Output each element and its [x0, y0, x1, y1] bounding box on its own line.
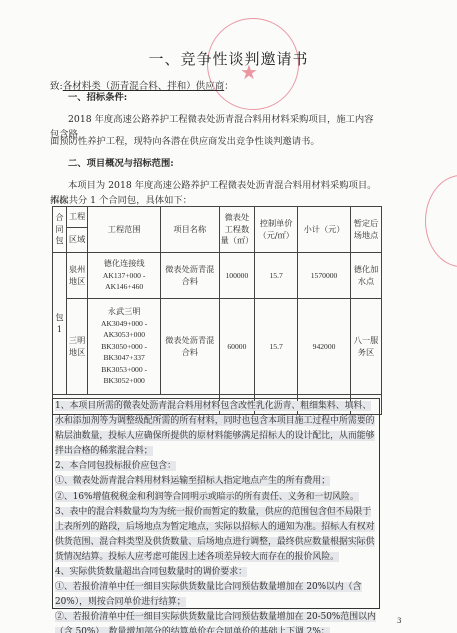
page-number: 3 [397, 617, 401, 625]
header-region: 区域 [66, 228, 87, 253]
header-item-name: 项目名称 [160, 207, 219, 253]
header-subtotal: 小计（元） [298, 207, 351, 253]
note-item: ②、若报价清单中任一细目实际供货数量比合同预估数量增加在 20-50%范围以内（… [55, 612, 376, 633]
row-region: 三明地区 [66, 299, 87, 395]
scope-line: 永武三明 [89, 306, 159, 318]
document-title: 一、竞争性谈判邀请书 [0, 48, 457, 69]
note-item: 1、本项目所需的微表处沥青混合料用材料包含改性乳化沥青、粗细集料、填料、水和添加… [55, 401, 375, 456]
header-contract-package: 合同包 [53, 207, 67, 253]
note-item: 3、表中的混合料数量均为为统一报价而暂定的数量，供应的范围包含但不局限于上表所列… [55, 507, 375, 562]
header-unit-price: 控制单价（元/㎡） [255, 207, 298, 253]
header-scope: 工程范围 [88, 207, 161, 253]
note-item: ①、若报价清单中任一细目实际供货数量比合同预估数量增加在 20%以内（含 20%… [55, 582, 362, 607]
row-unit-price: 15.7 [255, 253, 298, 299]
scope-line: BK3053+000 - [89, 364, 159, 376]
package-label: 包 1 [53, 253, 67, 395]
scope-line: AK3049+000 - [89, 318, 159, 330]
section1-body-line2: 面预防性养护工程，现特向各潜在供应商发出竞争性谈判邀请书。 [50, 134, 380, 149]
table-header-row: 合同包 工程 工程范围 项目名称 微表处工程数量（㎡） 控制单价（元/㎡） 小计… [53, 207, 382, 228]
scope-line: AK3053+000 [89, 329, 159, 341]
row-subtotal: 942000 [298, 299, 351, 395]
table-row: 包 1 泉州地区 德化连接线 AK137+000 - AK146+460 微表处… [53, 253, 382, 299]
header-site: 暂定后场地点 [350, 207, 381, 253]
scope-line: BK3052+000 [89, 375, 159, 387]
section1-heading: 一、招标条件: [50, 90, 380, 105]
row-scope: 永武三明 AK3049+000 - AK3053+000 BK3050+000 … [88, 299, 161, 395]
row-site: 德化加水点 [350, 253, 381, 299]
row-subtotal: 1570000 [298, 253, 351, 299]
header-quantity: 微表处工程数量（㎡） [219, 207, 255, 253]
note-item: ①、微表处沥青混合料用材料运输至招标人指定地点产生的所有费用； [55, 476, 330, 486]
row-site: 八一服务区 [350, 299, 381, 395]
scope-line: AK146+460 [89, 281, 159, 293]
contract-package-table: 合同包 工程 工程范围 项目名称 微表处工程数量（㎡） 控制单价（元/㎡） 小计… [52, 206, 382, 415]
row-quantity: 100000 [219, 253, 255, 299]
scope-line: BK3050+000 - [89, 341, 159, 353]
note-item: 4、实际供货数量超出合同包数量时的调价要求： [55, 567, 247, 577]
row-unit-price: 15.7 [255, 299, 298, 395]
scope-line: 德化连接线 [89, 258, 159, 270]
row-item-name: 微表处沥青混合料 [160, 299, 219, 395]
row-quantity: 60000 [219, 299, 255, 395]
note-item: ②、16%增值税税金和利润等合同明示或暗示的所有责任、义务和一切风险。 [55, 492, 359, 502]
notes-box: 1、本项目所需的微表处沥青混合料用材料包含改性乳化沥青、粗细集料、填料、水和添加… [52, 398, 380, 609]
scope-line: AK137+000 - [89, 270, 159, 282]
row-region: 泉州地区 [66, 253, 87, 299]
header-project: 工程 [66, 207, 87, 228]
official-seal-right [425, 175, 457, 267]
table-row: 三明地区 永武三明 AK3049+000 - AK3053+000 BK3050… [53, 299, 382, 395]
section2-heading: 二、项目概况与招标范围: [50, 156, 380, 171]
scope-line: BK3047+337 [89, 352, 159, 364]
note-item: 2、本合同包投标报价应包含： [55, 461, 176, 471]
row-item-name: 微表处沥青混合料 [160, 253, 219, 299]
row-scope: 德化连接线 AK137+000 - AK146+460 [88, 253, 161, 299]
